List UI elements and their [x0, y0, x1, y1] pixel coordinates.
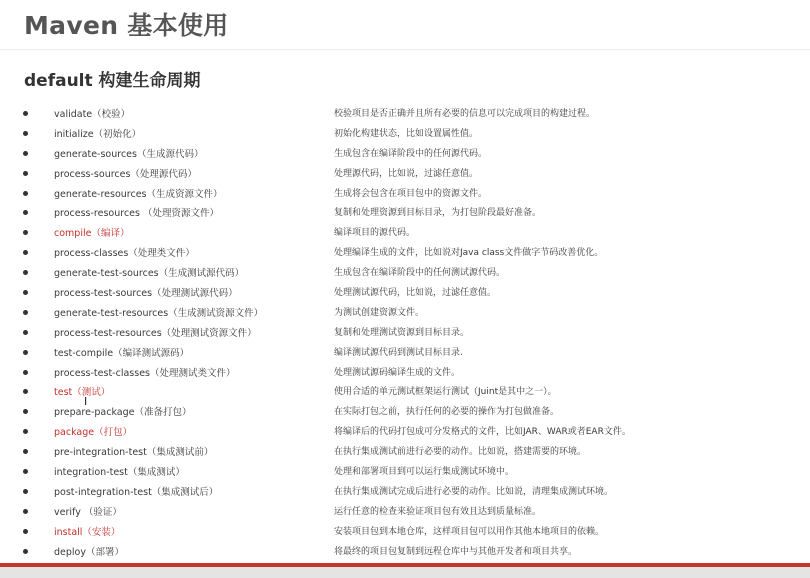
- phase-description: 在执行集成测试完成后进行必要的动作。比如说，清理集成测试环境。: [334, 484, 613, 497]
- phase-name: deploy（部署）: [54, 544, 124, 558]
- phase-row: validate（校验）校验项目是否正确并且所有必要的信息可以完成项目的构建过程…: [0, 104, 810, 124]
- phase-description: 生成包含在编译阶段中的任何源代码。: [334, 146, 487, 159]
- text-cursor-icon: I: [84, 396, 91, 408]
- bullet-icon: [23, 549, 28, 554]
- phase-name: validate（校验）: [54, 106, 130, 120]
- bullet-icon: [23, 290, 28, 295]
- phase-row: deploy（部署）将最终的项目包复制到远程仓库中与其他开发者和项目共享。: [0, 542, 810, 562]
- bullet-icon: [23, 151, 28, 156]
- phase-name: generate-test-resources（生成测试资源文件）: [54, 305, 263, 319]
- phase-row: generate-test-sources（生成测试源代码）生成包含在编译阶段中…: [0, 263, 810, 283]
- phase-description: 编译项目的源代码。: [334, 225, 415, 238]
- phase-description: 在执行集成测试前进行必要的动作。比如说，搭建需要的环境。: [334, 444, 586, 457]
- phase-row: pre-integration-test（集成测试前）在执行集成测试前进行必要的…: [0, 442, 810, 462]
- bullet-icon: [23, 131, 28, 136]
- phase-description: 使用合适的单元测试框架运行测试（Juint是其中之一）。: [334, 384, 557, 397]
- phase-name: install（安装）: [54, 524, 120, 538]
- phase-name: pre-integration-test（集成测试前）: [54, 444, 213, 458]
- phase-name: prepare-package（准备打包）: [54, 404, 192, 418]
- bullet-icon: [23, 191, 28, 196]
- phase-description: 处理测试源码编译生成的文件。: [334, 365, 460, 378]
- bullet-icon: [23, 469, 28, 474]
- phase-description: 复制和处理测试资源到目标目录。: [334, 325, 469, 338]
- bullet-icon: [23, 489, 28, 494]
- phase-row: generate-test-resources（生成测试资源文件）为测试创建资源…: [0, 303, 810, 323]
- bullet-icon: [23, 270, 28, 275]
- phase-row: process-test-resources（处理测试资源文件）复制和处理测试资…: [0, 323, 810, 343]
- phase-name: process-test-sources（处理测试源代码）: [54, 285, 238, 299]
- slide-title: Maven 基本使用: [24, 6, 229, 42]
- phase-row: initialize（初始化）初始化构建状态，比如设置属性值。: [0, 124, 810, 144]
- phase-name: process-test-classes（处理测试类文件）: [54, 365, 235, 379]
- phase-description: 安装项目包到本地仓库，这样项目包可以用作其他本地项目的依赖。: [334, 524, 604, 537]
- bullet-icon: [23, 429, 28, 434]
- phase-name: generate-test-sources（生成测试源代码）: [54, 265, 244, 279]
- phase-name: test-compile（编译测试源码）: [54, 345, 189, 359]
- phase-row: generate-sources（生成源代码）生成包含在编译阶段中的任何源代码。: [0, 144, 810, 164]
- phase-name: compile（编译）: [54, 225, 129, 239]
- phase-row: test-compile（编译测试源码）编译测试源代码到测试目标目录.: [0, 343, 810, 363]
- phase-row: verify （验证）运行任意的检查来验证项目包有效且达到质量标准。: [0, 502, 810, 522]
- phase-description: 编译测试源代码到测试目标目录.: [334, 345, 463, 358]
- bullet-icon: [23, 330, 28, 335]
- section-heading: default 构建生命周期: [24, 66, 201, 91]
- phase-row: post-integration-test（集成测试后）在执行集成测试完成后进行…: [0, 482, 810, 502]
- bullet-icon: [23, 529, 28, 534]
- phase-name: generate-sources（生成源代码）: [54, 146, 203, 160]
- phase-name: post-integration-test（集成测试后）: [54, 484, 218, 498]
- phase-row: process-classes（处理类文件）处理编译生成的文件，比如说对Java…: [0, 243, 810, 263]
- phase-row-highlighted: package（打包）将编译后的代码打包成可分发格式的文件，比如JAR、WAR或…: [0, 422, 810, 442]
- phase-description: 处理测试源代码，比如说，过滤任意值。: [334, 285, 496, 298]
- phase-name: process-test-resources（处理测试资源文件）: [54, 325, 257, 339]
- phase-name: initialize（初始化）: [54, 126, 141, 140]
- phase-row-highlighted: install（安装）安装项目包到本地仓库，这样项目包可以用作其他本地项目的依赖…: [0, 522, 810, 542]
- phase-row: integration-test（集成测试）处理和部署项目到可以运行集成测试环境…: [0, 462, 810, 482]
- phase-description: 生成包含在编译阶段中的任何测试源代码。: [334, 265, 505, 278]
- bullet-icon: [23, 171, 28, 176]
- bullet-icon: [23, 350, 28, 355]
- phase-description: 复制和处理资源到目标目录，为打包阶段最好准备。: [334, 205, 541, 218]
- phase-description: 在实际打包之前，执行任何的必要的操作为打包做准备。: [334, 404, 559, 417]
- phase-name: process-classes（处理类文件）: [54, 245, 195, 259]
- phase-description: 运行任意的检查来验证项目包有效且达到质量标准。: [334, 504, 541, 517]
- bullet-icon: [23, 389, 28, 394]
- phase-description: 生成将会包含在项目包中的资源文件。: [334, 186, 487, 199]
- phase-row: process-resources （处理资源文件）复制和处理资源到目标目录，为…: [0, 203, 810, 223]
- title-divider: [0, 49, 810, 50]
- phase-row: generate-resources（生成资源文件）生成将会包含在项目包中的资源…: [0, 184, 810, 204]
- phase-row-highlighted: compile（编译）编译项目的源代码。: [0, 223, 810, 243]
- phase-name: process-resources （处理资源文件）: [54, 205, 219, 219]
- phase-row-highlighted: test（测试）使用合适的单元测试框架运行测试（Juint是其中之一）。: [0, 382, 810, 402]
- phase-description: 处理和部署项目到可以运行集成测试环境中。: [334, 464, 514, 477]
- phase-row: process-test-classes（处理测试类文件）处理测试源码编译生成的…: [0, 363, 810, 383]
- lifecycle-phase-list: validate（校验）校验项目是否正确并且所有必要的信息可以完成项目的构建过程…: [0, 104, 810, 561]
- phase-row: process-test-sources（处理测试源代码）处理测试源代码，比如说…: [0, 283, 810, 303]
- bullet-icon: [23, 509, 28, 514]
- bullet-icon: [23, 250, 28, 255]
- phase-description: 将最终的项目包复制到远程仓库中与其他开发者和项目共享。: [334, 544, 577, 557]
- bullet-icon: [23, 230, 28, 235]
- phase-description: 为测试创建资源文件。: [334, 305, 424, 318]
- bullet-icon: [23, 370, 28, 375]
- phase-name: test（测试）: [54, 384, 110, 398]
- phase-name: package（打包）: [54, 424, 132, 438]
- phase-description: 处理源代码，比如说，过滤任意值。: [334, 166, 478, 179]
- phase-description: 校验项目是否正确并且所有必要的信息可以完成项目的构建过程。: [334, 106, 595, 119]
- bullet-icon: [23, 210, 28, 215]
- phase-name: generate-resources（生成资源文件）: [54, 186, 223, 200]
- bullet-icon: [23, 409, 28, 414]
- footer-strip: [0, 567, 810, 578]
- bullet-icon: [23, 111, 28, 116]
- bullet-icon: [23, 449, 28, 454]
- phase-description: 处理编译生成的文件，比如说对Java class文件做字节码改善优化。: [334, 245, 603, 258]
- phase-row: process-sources（处理源代码）处理源代码，比如说，过滤任意值。: [0, 164, 810, 184]
- phase-description: 将编译后的代码打包成可分发格式的文件，比如JAR、WAR或者EAR文件。: [334, 424, 631, 437]
- phase-row: prepare-package（准备打包）在实际打包之前，执行任何的必要的操作为…: [0, 402, 810, 422]
- phase-description: 初始化构建状态，比如设置属性值。: [334, 126, 478, 139]
- phase-name: verify （验证）: [54, 504, 122, 518]
- bullet-icon: [23, 310, 28, 315]
- phase-name: process-sources（处理源代码）: [54, 166, 197, 180]
- phase-name: integration-test（集成测试）: [54, 464, 185, 478]
